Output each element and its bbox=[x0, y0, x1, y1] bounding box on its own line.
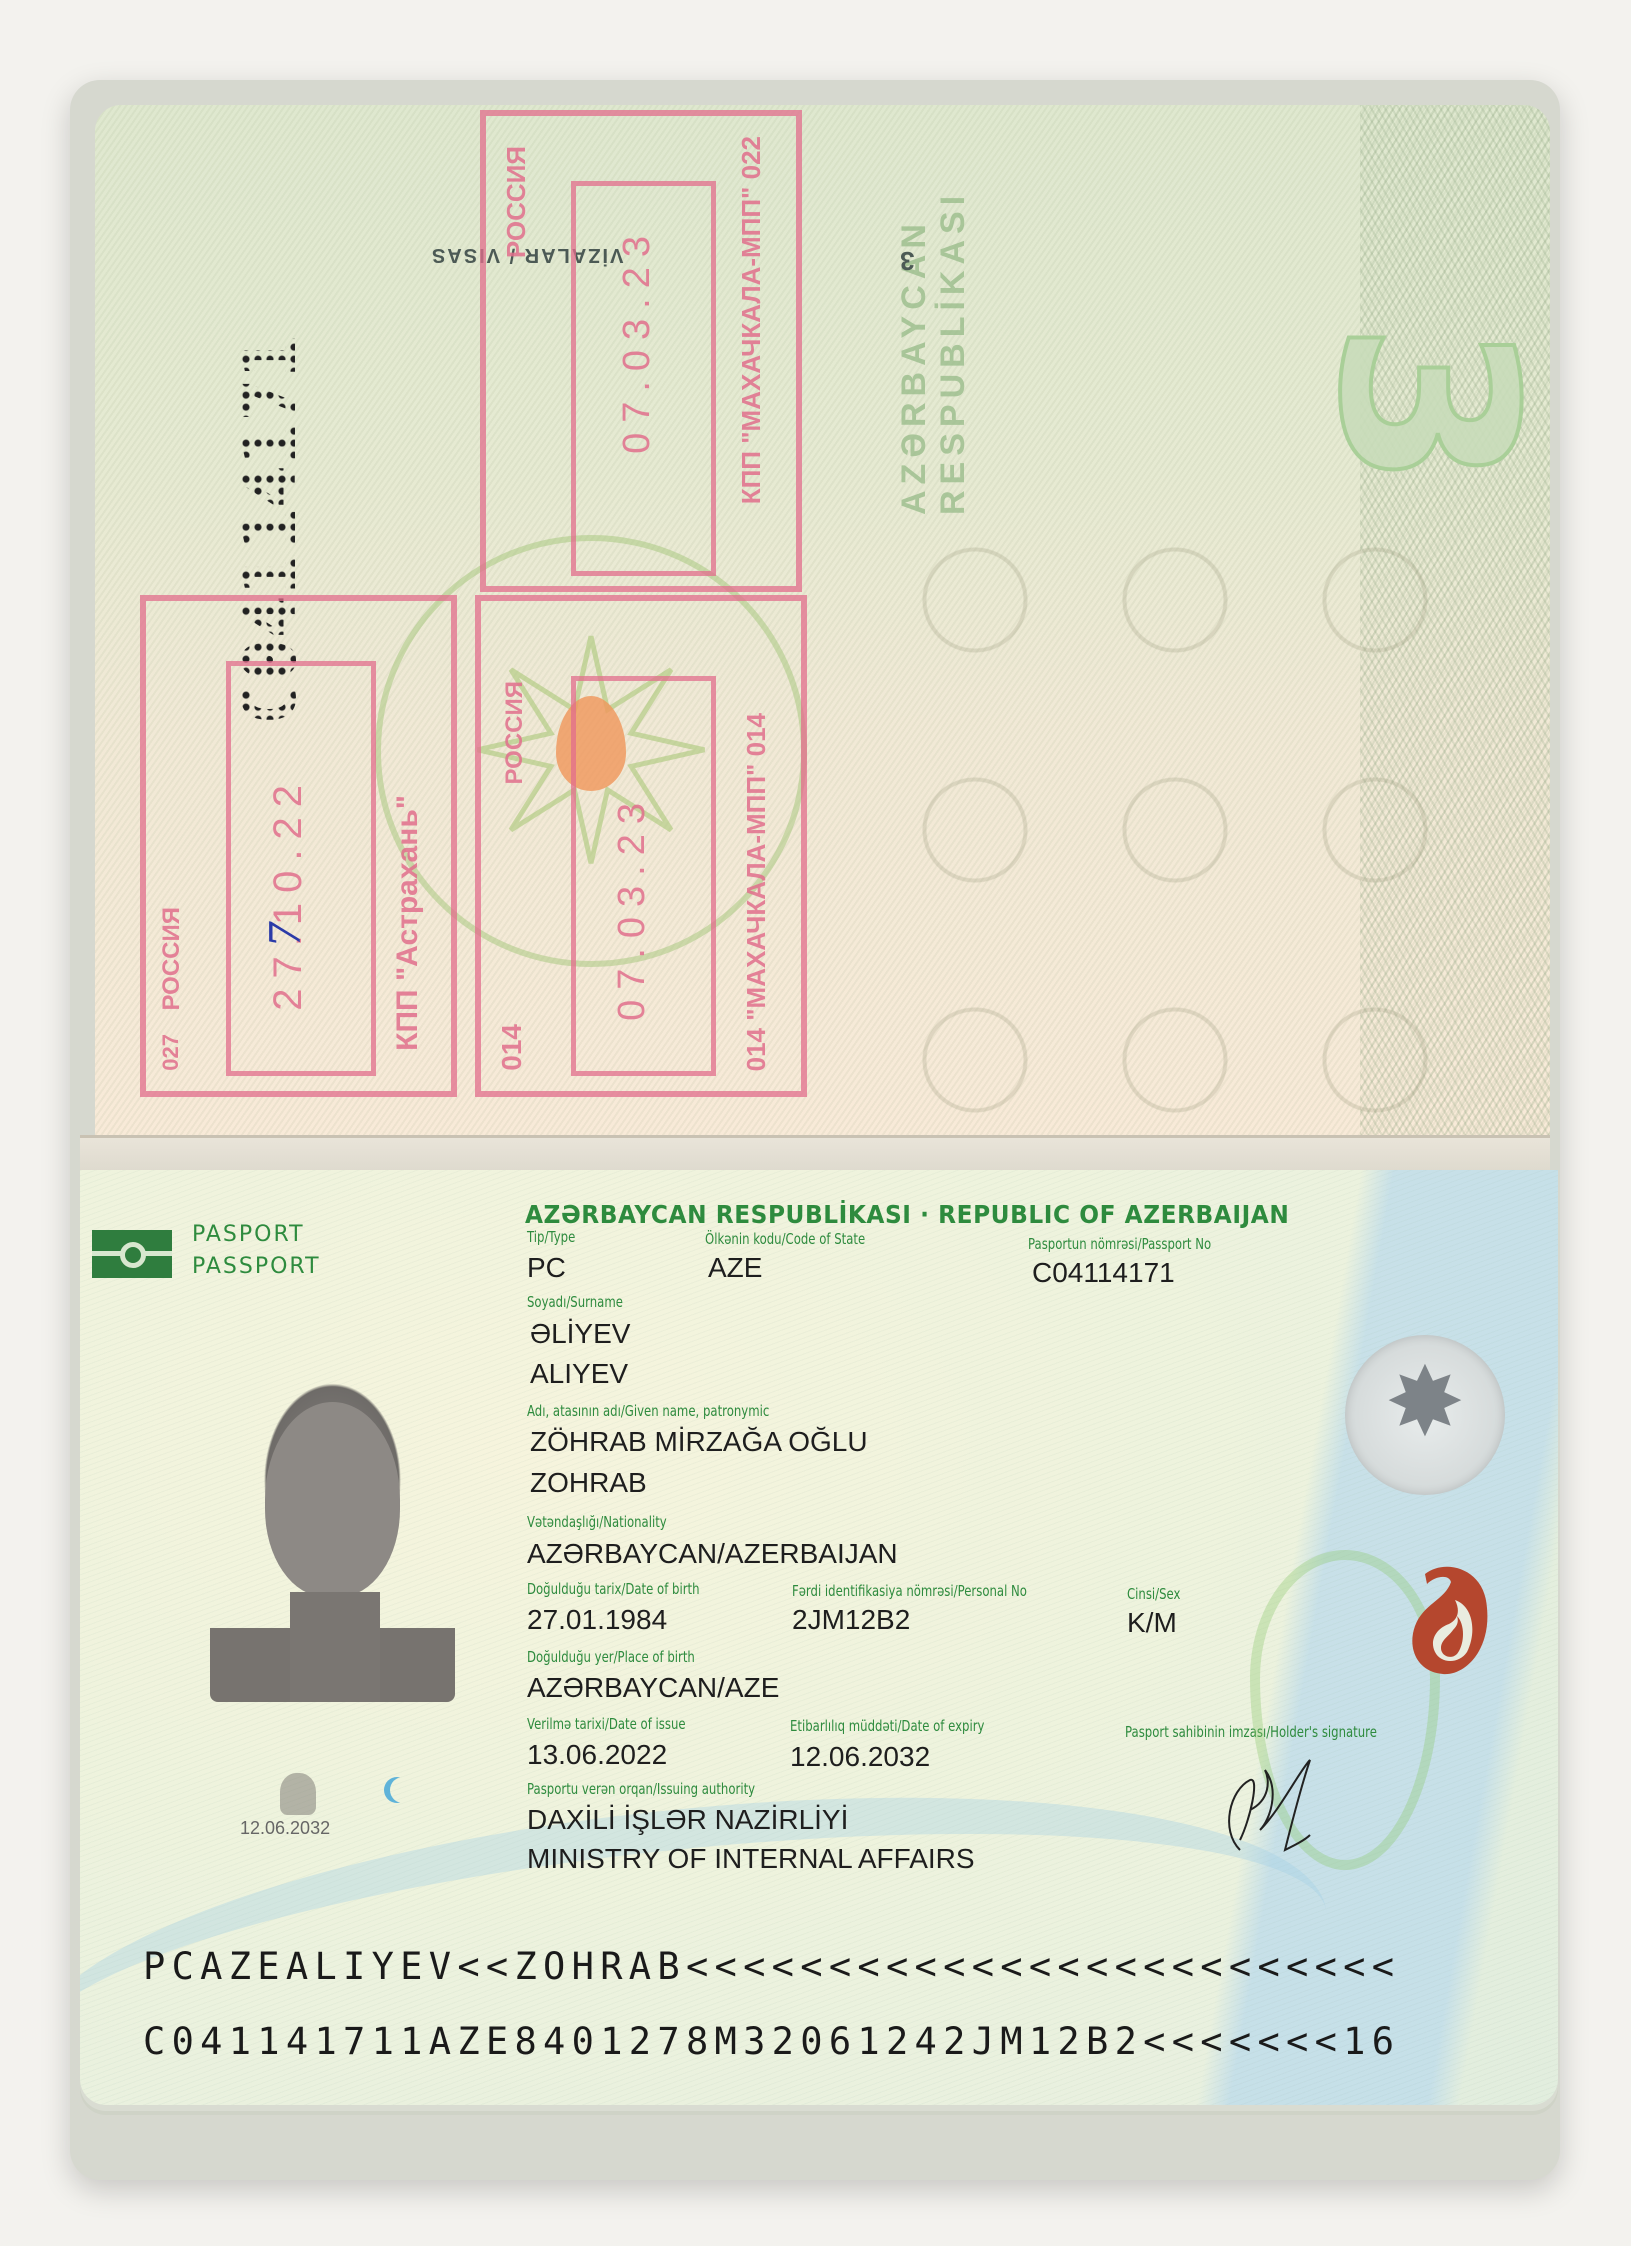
stamp-date: 07.03.23 bbox=[616, 226, 659, 454]
given-name-value-en: ZOHRAB bbox=[530, 1467, 647, 1499]
surname-label: Soyadı/Surname bbox=[527, 1293, 623, 1311]
issuing-authority-value-en: MINISTRY OF INTERNAL AFFAIRS bbox=[527, 1843, 975, 1875]
given-name-value-az: ZÖHRAB MİRZAĞA OĞLU bbox=[530, 1426, 868, 1458]
stamp-date: 07.03.23 bbox=[611, 793, 654, 1021]
surname-value-az: ƏLİYEV bbox=[530, 1318, 630, 1350]
stamp-country: РОССИЯ bbox=[501, 681, 529, 785]
handwritten-correction: 7 bbox=[261, 921, 310, 948]
place-of-birth-label: Doğulduğu yer/Place of birth bbox=[527, 1648, 695, 1666]
entry-stamp-makhachkala-1: РОССИЯ 07.03.23 КПП "МАХАЧКАЛА-МПП" 022 bbox=[480, 110, 802, 592]
ghost-image-date: 12.06.2032 bbox=[240, 1818, 330, 1839]
surname-value-en: ALIYEV bbox=[530, 1358, 628, 1390]
holder-signature bbox=[1210, 1750, 1330, 1860]
type-value: PC bbox=[527, 1252, 566, 1284]
date-of-birth-value: 27.01.1984 bbox=[527, 1604, 667, 1636]
type-label: Tip/Type bbox=[527, 1228, 575, 1246]
issuing-authority-label: Pasportu verən orqan/Issuing authority bbox=[527, 1780, 755, 1798]
date-of-expiry-label: Etibarlılıq müddəti/Date of expiry bbox=[790, 1717, 984, 1735]
ornament-pattern bbox=[875, 485, 1435, 1135]
stamp-country: РОССИЯ bbox=[501, 146, 532, 258]
mrz-line-1: PCAZEALIYEV<<ZOHRAB<<<<<<<<<<<<<<<<<<<<<… bbox=[143, 1945, 1400, 1988]
page-number: 3 bbox=[900, 245, 914, 276]
given-name-label: Adı, atasının adı/Given name, patronymic bbox=[527, 1402, 769, 1420]
personal-no-label: Fərdi identifikasiya nömrəsi/Personal No bbox=[792, 1582, 1027, 1600]
issuing-country-title: AZƏRBAYCAN RESPUBLİKASI · REPUBLIC OF AZ… bbox=[525, 1200, 1289, 1229]
republic-watermark: AZƏRBAYCAN RESPUBLİKASI bbox=[895, 225, 1125, 515]
mrz-line-2: C041141711AZE8401278M32061242JM12B2<<<<<… bbox=[143, 2020, 1400, 2063]
stamp-code: 014 bbox=[496, 1024, 528, 1071]
code-of-state-label: Ölkənin kodu/Code of State bbox=[705, 1230, 865, 1248]
watermark-page-number: 3 bbox=[1287, 322, 1551, 489]
hologram-seal: ✸ bbox=[1345, 1335, 1505, 1495]
sex-value: K/M bbox=[1127, 1607, 1177, 1639]
stamp-country: РОССИЯ bbox=[158, 907, 186, 1011]
nationality-value: AZƏRBAYCAN/AZERBAIJAN bbox=[527, 1538, 898, 1570]
date-of-birth-label: Doğulduğu tarix/Date of birth bbox=[527, 1580, 700, 1598]
ghost-image bbox=[280, 1773, 316, 1815]
stamp-date: 27.10.22 bbox=[266, 775, 311, 1011]
nationality-label: Vətəndaşlığı/Nationality bbox=[527, 1513, 667, 1531]
date-of-expiry-value: 12.06.2032 bbox=[790, 1741, 930, 1773]
eight-point-star-icon: ✸ bbox=[1345, 1355, 1505, 1451]
sex-label: Cinsi/Sex bbox=[1127, 1585, 1180, 1603]
place-of-birth-value: AZƏRBAYCAN/AZE bbox=[527, 1672, 779, 1704]
exit-stamp-makhachkala-2: 014 РОССИЯ 07.03.23 014 "МАХАЧКАЛА-МПП" … bbox=[475, 595, 807, 1097]
stamp-checkpoint: 014 "МАХАЧКАЛА-МПП" 014 bbox=[741, 713, 772, 1071]
stamp-code: 027 bbox=[158, 1034, 184, 1071]
biometric-chip-icon bbox=[92, 1230, 172, 1278]
date-of-issue-label: Verilmə tarixi/Date of issue bbox=[527, 1715, 686, 1733]
stamp-checkpoint: КПП "МАХАЧКАЛА-МПП" 022 bbox=[736, 136, 767, 504]
document-word-az: PASPORT bbox=[192, 1222, 305, 1247]
passport-no-value: C04114171 bbox=[1032, 1257, 1175, 1289]
crescent-icon bbox=[390, 1777, 416, 1803]
stamp-checkpoint: КПП "Астрахань" bbox=[391, 795, 425, 1051]
date-of-issue-value: 13.06.2022 bbox=[527, 1739, 667, 1771]
personal-no-value: 2JM12B2 bbox=[792, 1604, 910, 1636]
document-word-en: PASSPORT bbox=[192, 1254, 321, 1279]
passport-no-label: Pasportun nömrəsi/Passport No bbox=[1028, 1235, 1211, 1253]
passport-data-page: AZƏRBAYCAN RESPUBLİKASI · REPUBLIC OF AZ… bbox=[80, 1170, 1558, 2105]
entry-stamp-astrakhan: 027 РОССИЯ 27.10.22 КПП "Астрахань" bbox=[140, 595, 457, 1097]
code-of-state-value: AZE bbox=[708, 1252, 762, 1284]
holder-photo bbox=[210, 1332, 455, 1702]
paisley-emblem-icon bbox=[1405, 1560, 1495, 1680]
issuing-authority-value-az: DAXİLİ İŞLƏR NAZİRLİYİ bbox=[527, 1804, 848, 1836]
